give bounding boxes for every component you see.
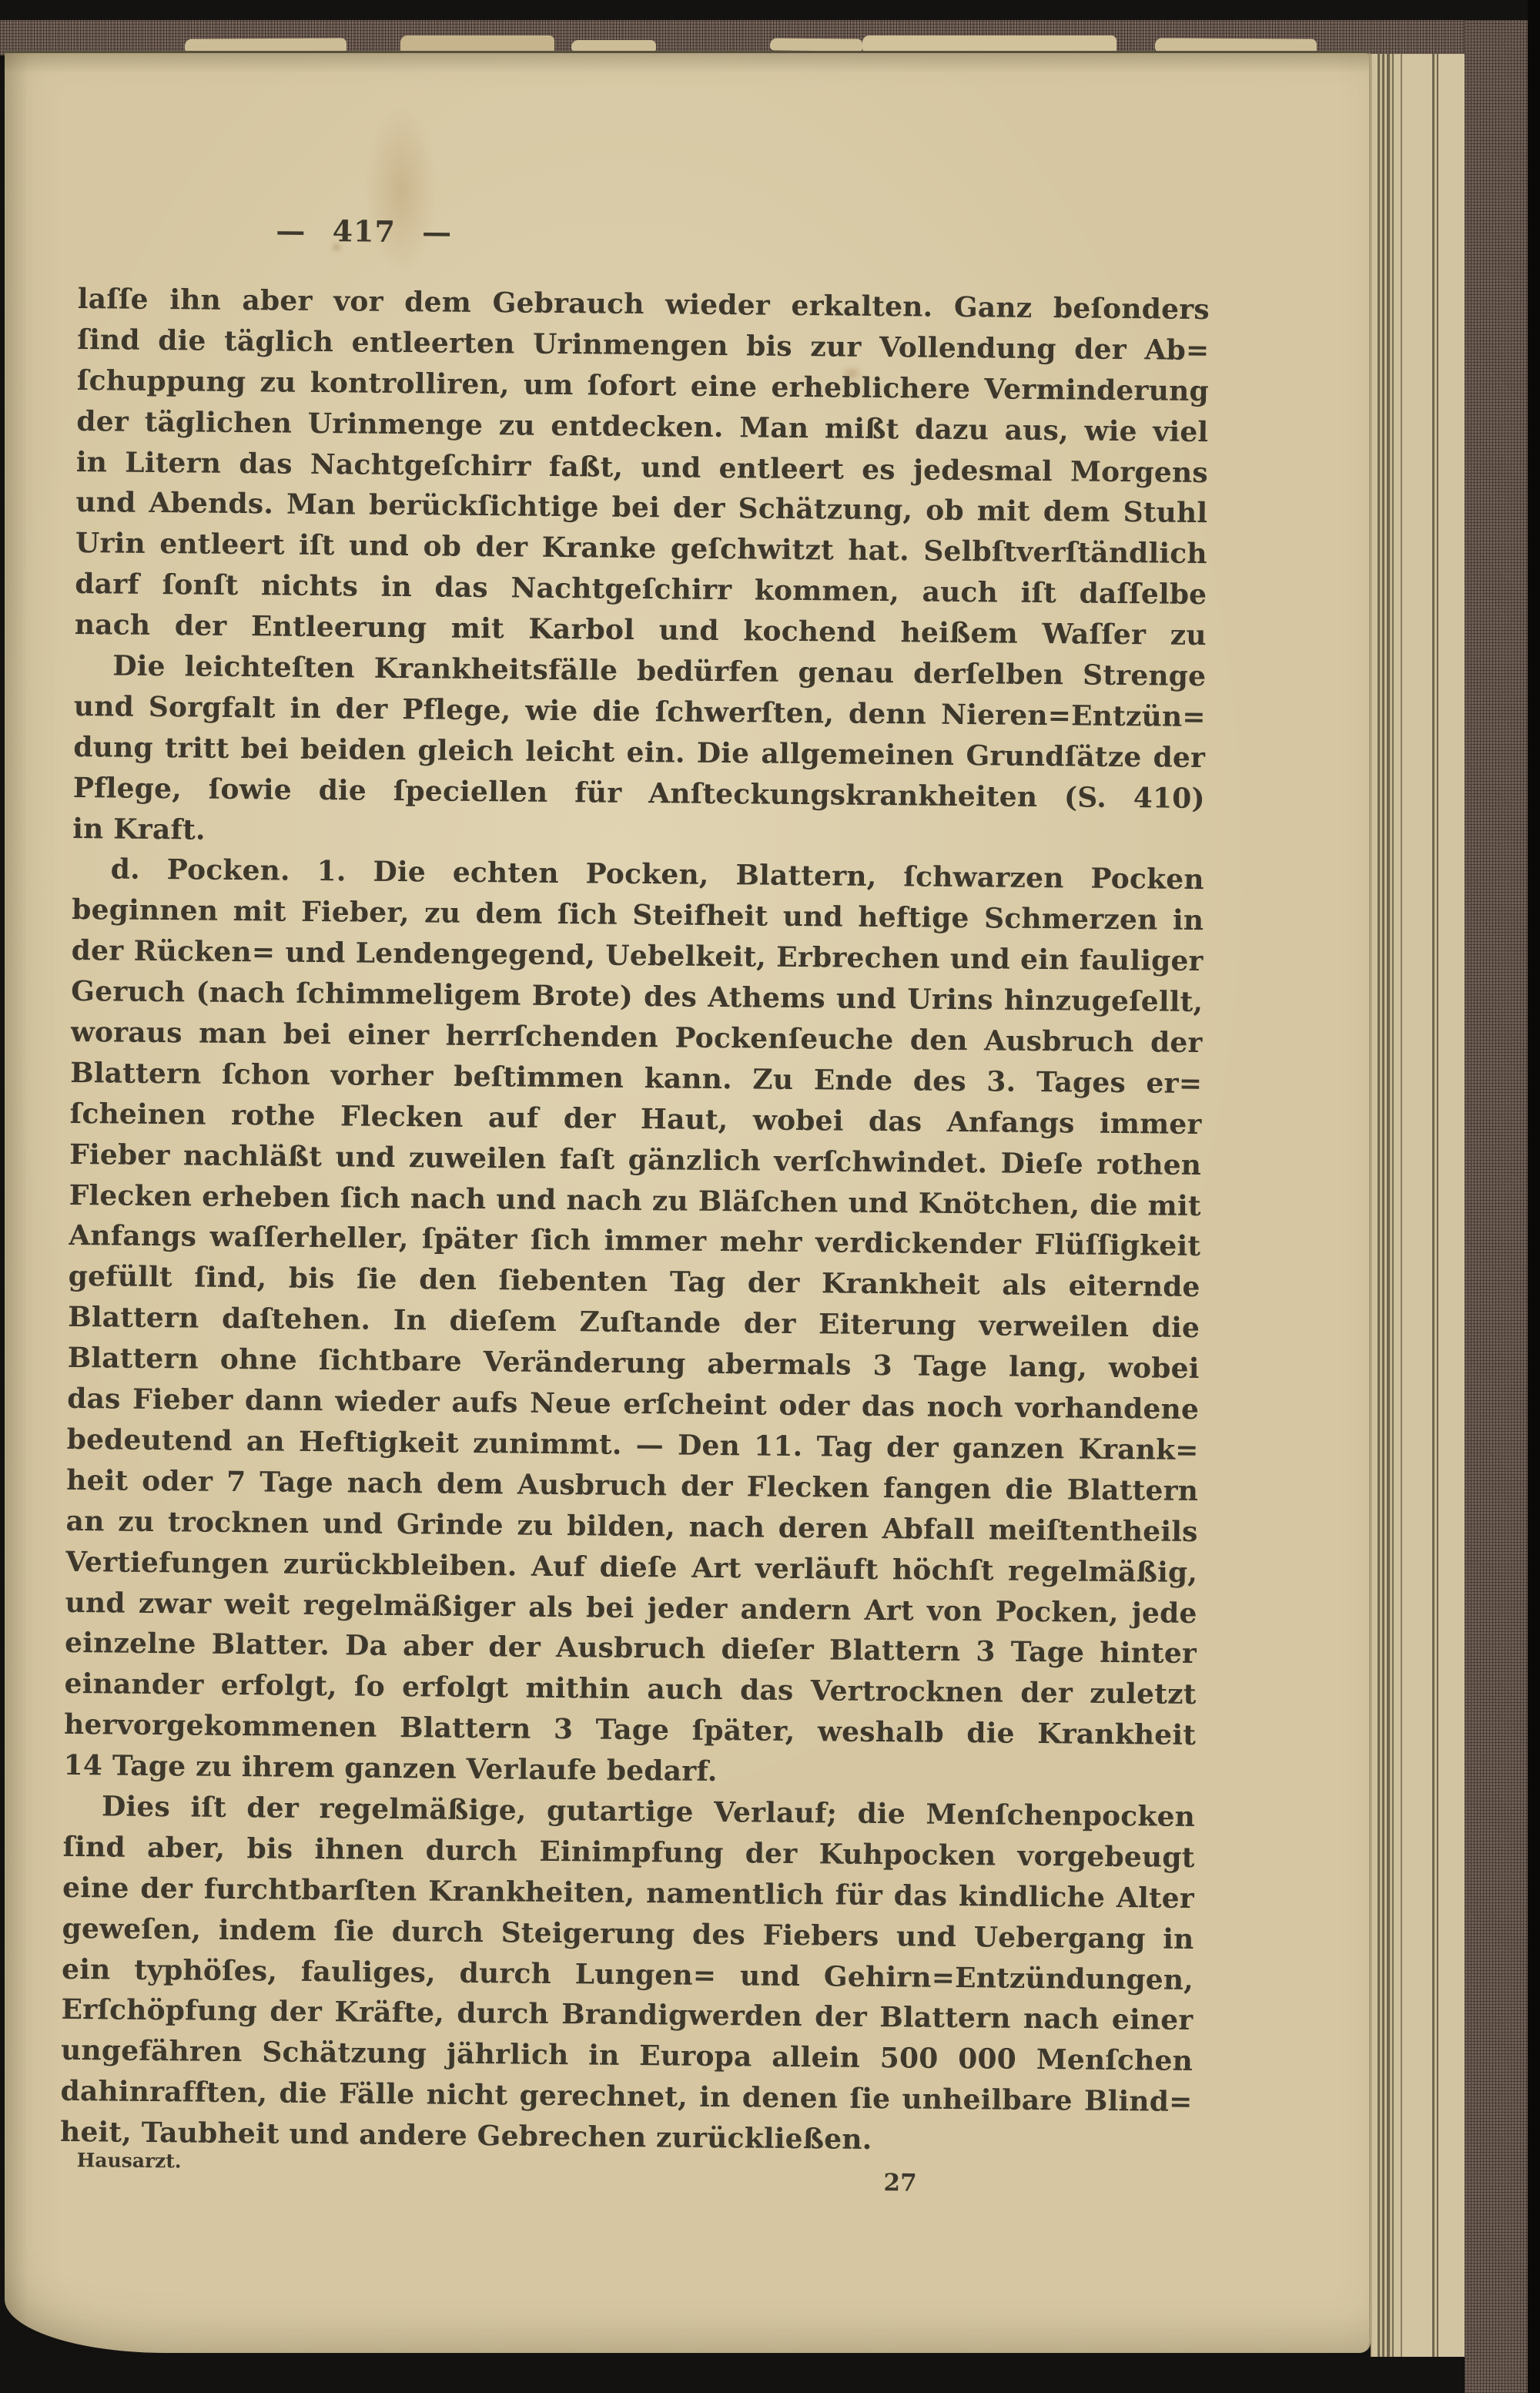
body-text: laſſe ihn aber vor dem Gebrauch wieder e… — [60, 279, 1210, 2163]
header-dash-left: — — [276, 213, 306, 247]
scan-background-edge — [1528, 0, 1540, 2393]
page-top-edge-fragment — [862, 35, 1116, 52]
book-page: — 417 — laſſe ihn aber vor dem Gebrauch … — [5, 51, 1371, 2353]
sheet-number: 27 — [883, 2169, 916, 2197]
page-header: — 417 — — [249, 213, 480, 253]
page-number: 417 — [332, 213, 396, 249]
book-cover-cloth-right — [1465, 20, 1529, 2393]
page-top-edge-fragment — [770, 38, 862, 51]
page-top-edge-fragment — [571, 40, 656, 52]
signature-mark: Hausarzt. — [77, 2149, 182, 2172]
book-fore-edge-pages — [1371, 54, 1465, 2357]
page-text: — 417 — laſſe ihn aber vor dem Gebrauch … — [59, 211, 1210, 2301]
header-dash-right: — — [422, 214, 452, 249]
